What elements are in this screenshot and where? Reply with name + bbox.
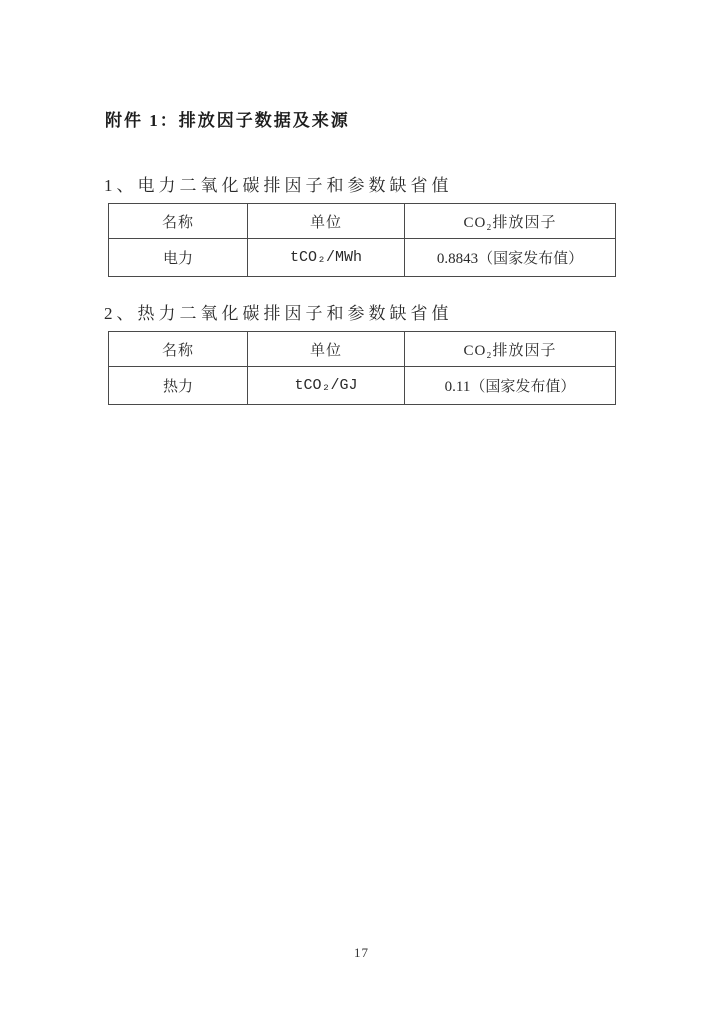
section-heading-electricity: 1、电力二氧化碳排因子和参数缺省值	[104, 171, 453, 196]
cell-unit: tCO₂/MWh	[248, 239, 405, 277]
column-header-name: 名称	[109, 332, 248, 367]
cell-unit: tCO₂/GJ	[248, 367, 405, 405]
table-row: 热力 tCO₂/GJ 0.11（国家发布值）	[109, 367, 616, 405]
column-header-name: 名称	[109, 204, 248, 239]
cell-co2-factor: 0.8843（国家发布值）	[405, 239, 616, 277]
cell-name: 电力	[109, 239, 248, 277]
table-row: 电力 tCO₂/MWh 0.8843（国家发布值）	[109, 239, 616, 277]
column-header-co2-factor: CO₂排放因子	[405, 204, 616, 239]
document-page: 附件 1：排放因子数据及来源 1、电力二氧化碳排因子和参数缺省值 名称 单位 C…	[0, 0, 723, 1024]
cell-name: 热力	[109, 367, 248, 405]
page-number: 17	[0, 945, 723, 961]
page-title: 附件 1：排放因子数据及来源	[105, 106, 350, 131]
column-header-unit: 单位	[248, 332, 405, 367]
cell-co2-factor: 0.11（国家发布值）	[405, 367, 616, 405]
heat-factor-table: 名称 单位 CO₂排放因子 热力 tCO₂/GJ 0.11（国家发布值）	[108, 331, 616, 405]
column-header-co2-factor: CO₂排放因子	[405, 332, 616, 367]
table-header-row: 名称 单位 CO₂排放因子	[109, 204, 616, 239]
column-header-unit: 单位	[248, 204, 405, 239]
electricity-factor-table: 名称 单位 CO₂排放因子 电力 tCO₂/MWh 0.8843（国家发布值）	[108, 203, 616, 277]
table-header-row: 名称 单位 CO₂排放因子	[109, 332, 616, 367]
section-heading-heat: 2、热力二氧化碳排因子和参数缺省值	[104, 299, 453, 324]
